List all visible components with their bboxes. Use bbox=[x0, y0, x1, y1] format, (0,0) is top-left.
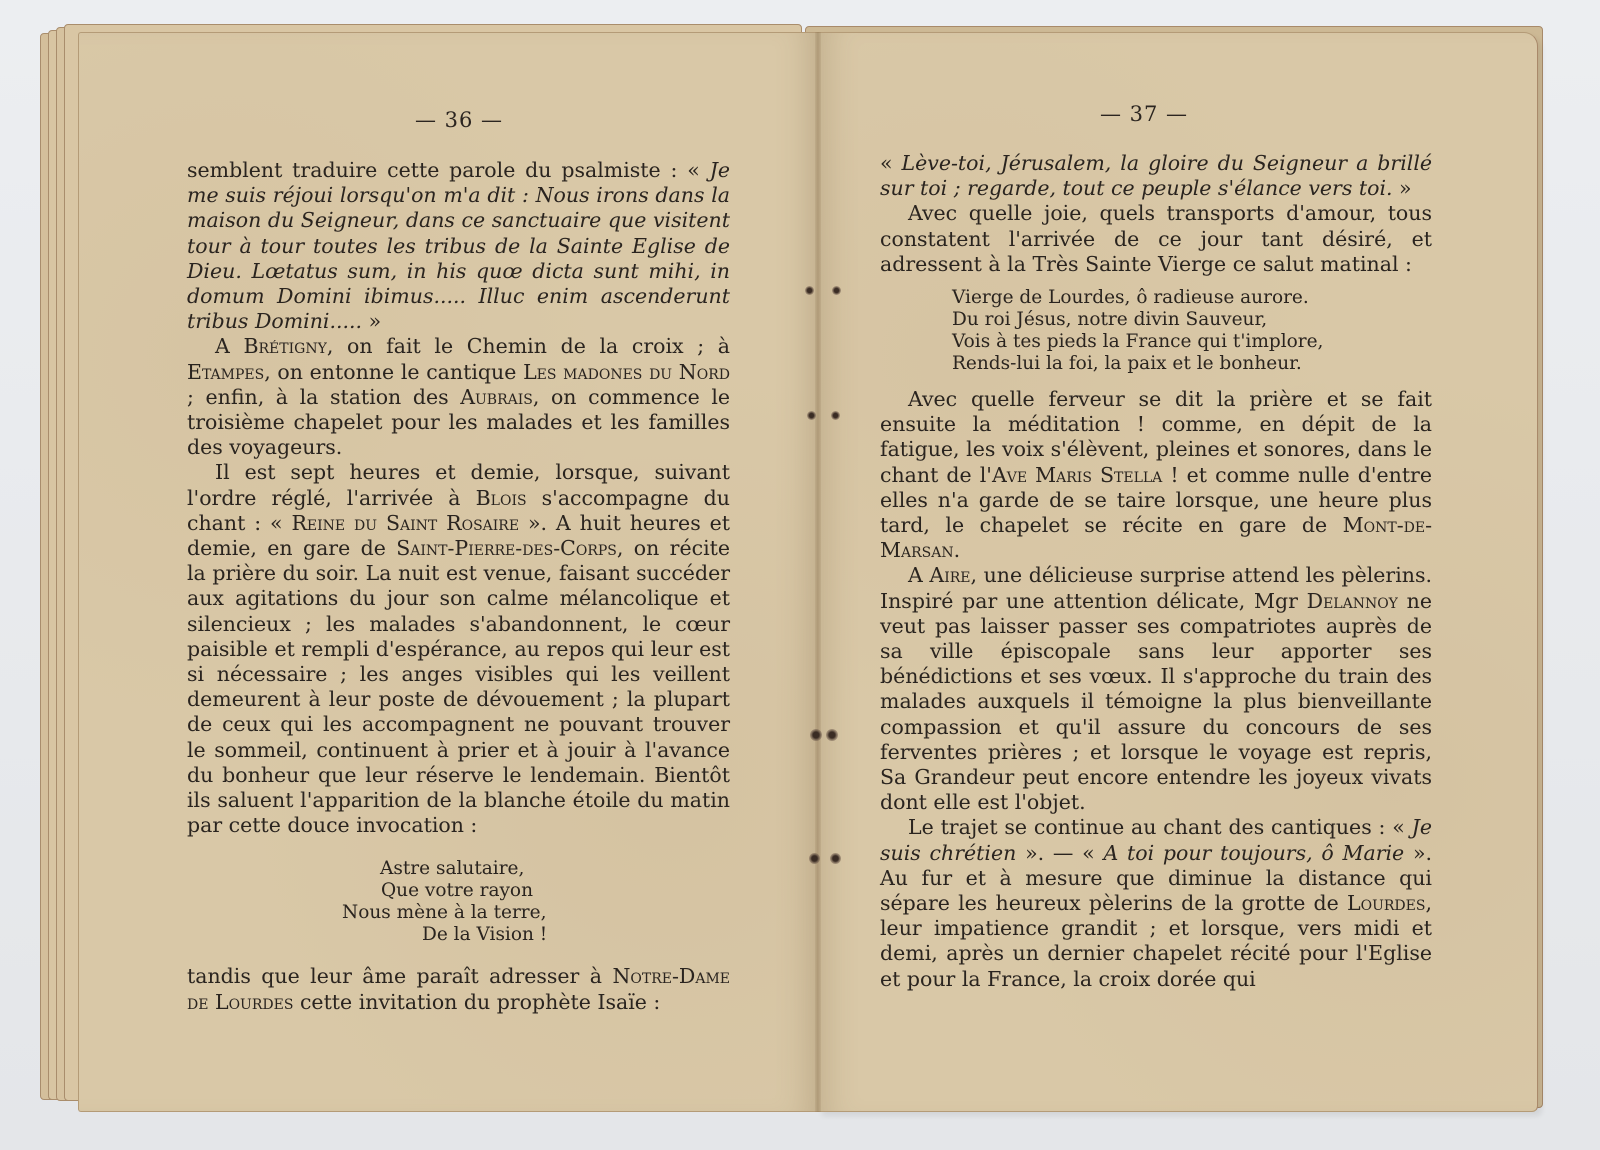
place-name: Etampes bbox=[187, 360, 264, 384]
page-number: — 37 — bbox=[1084, 102, 1204, 126]
verse-line: Que votre rayon bbox=[342, 880, 730, 902]
paragraph: A Aire, une délicieuse surprise attend l… bbox=[880, 563, 1432, 815]
verse-stanza: Vierge de Lourdes, ô radieuse aurore. Du… bbox=[880, 277, 1432, 387]
verse-line: De la Vision ! bbox=[342, 924, 730, 946]
staple-hole-icon bbox=[826, 729, 838, 741]
paragraph: semblent traduire cette parole du psalmi… bbox=[187, 158, 730, 334]
binding-gutter bbox=[815, 32, 821, 1112]
verse-line: Vierge de Lourdes, ô radieuse aurore. bbox=[952, 287, 1432, 309]
place-name: Aubrais bbox=[460, 385, 533, 409]
verse-line: Vois à tes pieds la France qui t'implore… bbox=[952, 331, 1432, 353]
hymn-title: Ave Maris Stella bbox=[992, 463, 1162, 487]
paragraph: A Brétigny, on fait le Chemin de la croi… bbox=[187, 334, 730, 460]
verse-stanza: Astre salutaire, Que votre rayon Nous mè… bbox=[187, 838, 730, 964]
left-text-block: semblent traduire cette parole du psalmi… bbox=[187, 158, 730, 1015]
paragraph: Il est sept heures et demie, lorsque, su… bbox=[187, 460, 730, 838]
page-number: — 36 — bbox=[399, 108, 519, 132]
paragraph: tandis que leur âme paraît adresser à No… bbox=[187, 964, 730, 1014]
paragraph: Avec quelle joie, quels transports d'amo… bbox=[880, 201, 1432, 277]
verse-line: Du roi Jésus, notre divin Sauveur, bbox=[952, 309, 1432, 331]
place-name: Saint-Pierre-des-Corps bbox=[396, 536, 617, 560]
scripture-quote: Lève-toi, Jérusalem, la gloire du Seigne… bbox=[880, 151, 1432, 200]
staple-hole-icon bbox=[830, 853, 841, 864]
right-page: — 37 — « Lève-toi, Jérusalem, la gloire … bbox=[818, 32, 1538, 1112]
latin-quote: Je me suis réjoui lorsqu'on m'a dit : No… bbox=[187, 158, 730, 333]
hymn-title: Les madones du Nord bbox=[523, 360, 730, 384]
staple-hole-icon bbox=[831, 411, 840, 420]
verse-line: Nous mène à la terre, bbox=[342, 902, 730, 924]
hymn-title: A toi pour toujours, ô Marie bbox=[1103, 841, 1404, 865]
right-text-block: « Lève-toi, Jérusalem, la gloire du Seig… bbox=[880, 151, 1432, 992]
staple-hole-icon bbox=[807, 411, 816, 420]
place-name: Aire bbox=[929, 563, 970, 587]
hymn-title: Reine du Saint Rosaire bbox=[292, 511, 520, 535]
staple-hole-icon bbox=[805, 286, 814, 295]
person-name: Delannoy bbox=[1307, 589, 1398, 613]
paragraph: Le trajet se continue au chant des canti… bbox=[880, 815, 1432, 991]
verse-line: Rends-lui la foi, la paix et le bonheur. bbox=[952, 353, 1432, 375]
place-name: Blois bbox=[476, 486, 527, 510]
place-name: Lourdes bbox=[1347, 891, 1425, 915]
place-name: Brétigny bbox=[243, 334, 326, 358]
verse-line: Astre salutaire, bbox=[342, 858, 730, 880]
paragraph: « Lève-toi, Jérusalem, la gloire du Seig… bbox=[880, 151, 1432, 201]
staple-hole-icon bbox=[809, 853, 820, 864]
left-page: — 36 — semblent traduire cette parole du… bbox=[78, 32, 818, 1112]
paragraph: Avec quelle ferveur se dit la prière et … bbox=[880, 387, 1432, 563]
book-spread-scan: — 36 — semblent traduire cette parole du… bbox=[0, 0, 1600, 1150]
staple-hole-icon bbox=[832, 286, 841, 295]
staple-hole-icon bbox=[810, 729, 822, 741]
